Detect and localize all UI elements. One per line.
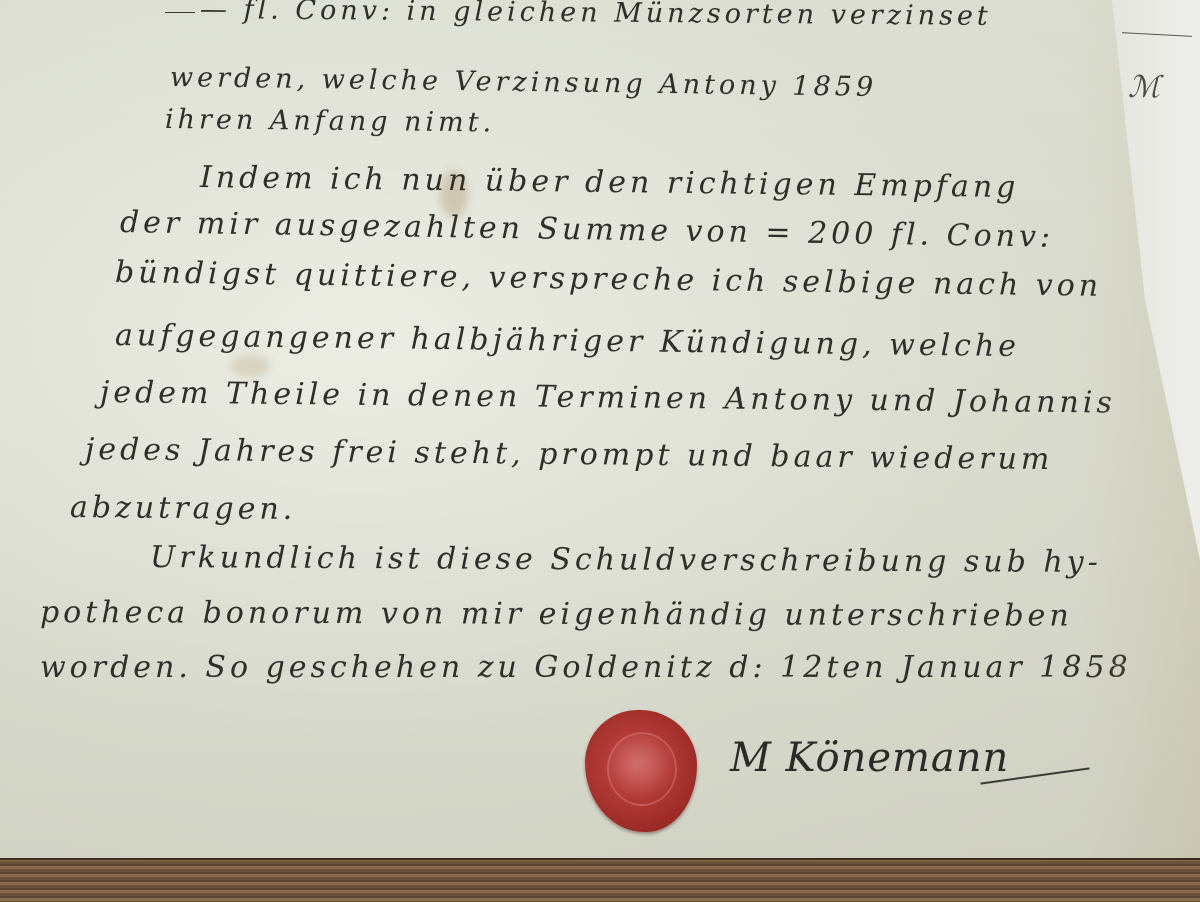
- signature: M Könemann: [730, 735, 1009, 781]
- text-line-8: jedem Theile in denen Terminen Antony un…: [100, 375, 1116, 421]
- document-photo: ℳ — fl. Conv: in gleichen Münzsorten ver…: [0, 0, 1200, 902]
- leading-dash: [165, 12, 195, 13]
- text-line-13: worden. So geschehen zu Goldenitz d: 12t…: [40, 650, 1132, 685]
- text-line-9: jedes Jahres frei steht, prompt und baar…: [85, 432, 1054, 477]
- paper-stain: [230, 355, 270, 377]
- text-line-12: potheca bonorum von mir eigenhändig unte…: [40, 595, 1073, 634]
- text-line-1: — fl. Conv: in gleichen Münzsorten verzi…: [200, 0, 992, 32]
- letter-page: — fl. Conv: in gleichen Münzsorten verzi…: [0, 0, 1200, 860]
- wax-seal: [585, 710, 697, 832]
- text-line-4: Indem ich nun über den richtigen Empfang: [200, 160, 1020, 205]
- back-sheet-mark: ℳ: [1128, 70, 1160, 105]
- text-line-3: ihren Anfang nimt.: [165, 104, 495, 138]
- text-line-2: werden, welche Verzinsung Antony 1859: [170, 62, 878, 103]
- text-line-10: abzutragen.: [70, 490, 297, 527]
- seal-emblem: [607, 732, 677, 806]
- text-line-11: Urkundlich ist diese Schuldverschreibung…: [150, 540, 1102, 580]
- wooden-table: [0, 858, 1200, 902]
- text-line-5: der mir ausgezahlten Summe von = 200 fl.…: [120, 205, 1055, 255]
- text-line-6: bündigst quittiere, verspreche ich selbi…: [115, 255, 1103, 304]
